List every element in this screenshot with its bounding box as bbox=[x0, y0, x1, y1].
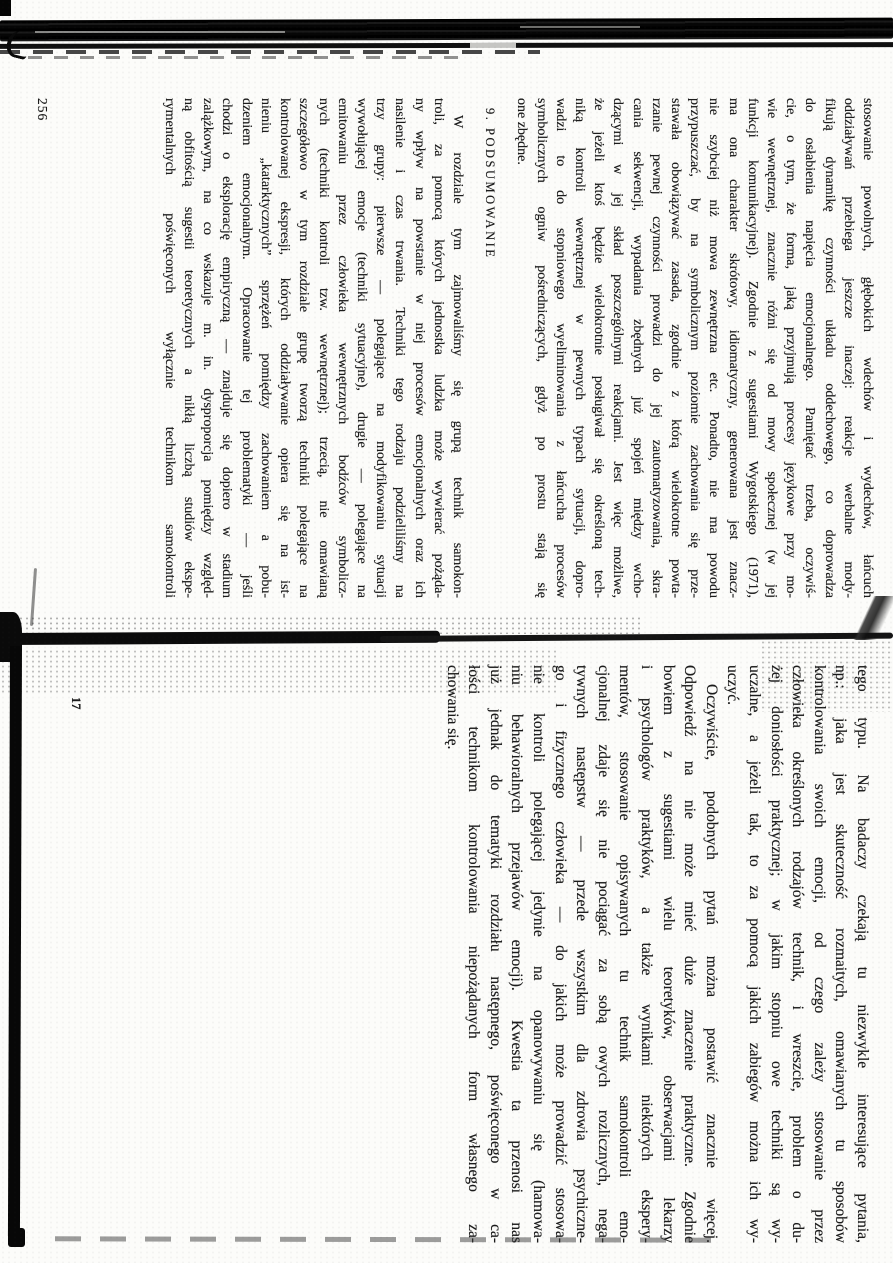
text-line: troli, za pomocą których jednostka ludzk… bbox=[429, 98, 448, 598]
text-line: nieniu „katarktycznych” sprzężeń pomiędz… bbox=[256, 98, 275, 598]
text-line: chowania się. bbox=[441, 665, 463, 1243]
text-line: dzeniem emocjonalnym. Opracowanie tej pr… bbox=[237, 98, 256, 598]
text-line: zalążkowym, na co wskazuje m. in. dyspro… bbox=[198, 98, 217, 598]
page-number: 256 bbox=[34, 98, 50, 121]
text-line: żej doniosłości praktycznej; w jakim sto… bbox=[765, 665, 787, 1243]
text-line: nych (techniki kontroli tzw. wewnętrznej… bbox=[313, 98, 332, 598]
text-line: wadzi to do stopniowego wyeliminowania z… bbox=[551, 98, 570, 598]
text-line: mentów, stosowanie opisywanych tu techni… bbox=[614, 665, 636, 1243]
book-scan: stosowanie powolnych, głębokich wdechów … bbox=[0, 0, 893, 1263]
text-line: W rozdziale tym zajmowaliśmy się grupą t… bbox=[448, 98, 467, 598]
text-line: nie szybciej niż mowa zewnętrzna etc. Po… bbox=[704, 98, 723, 598]
text-line: emitowaniu przez człowieka wewnętrznych … bbox=[333, 98, 352, 598]
text-line: funkcji komunikacyjnej). Zgodnie z suges… bbox=[743, 98, 762, 598]
text-line: wywołującej emocje (techniki sytuacyjne)… bbox=[352, 98, 371, 598]
text-line: niu behawioralnych przejawów emocji). Kw… bbox=[506, 665, 528, 1243]
text-line: trzy grupy: pierwsze — polegające na mod… bbox=[371, 98, 390, 598]
text-line: nie kontroli polegającej jedynie na opan… bbox=[528, 665, 550, 1243]
text-line: przypuszczać, by na symbolicznym poziomi… bbox=[685, 98, 704, 598]
text-line: tego typu. Na badaczy czekają tu niezwyk… bbox=[851, 665, 873, 1243]
text-line: człowieka określonych rodzajów technik, … bbox=[787, 665, 809, 1243]
page-right-text-column: tego typu. Na badaczy czekają tu niezwyk… bbox=[441, 665, 873, 1243]
signature-mark: 17 bbox=[68, 697, 83, 710]
text-line: uczyć. bbox=[722, 665, 744, 1243]
text-line: cie, o tym, że forma, jaką przyjmują pro… bbox=[781, 98, 800, 598]
text-line: ny wpływ na powstanie w niej procesów em… bbox=[409, 98, 428, 598]
text-line: niką kontroli wewnętrznej w pewnych typa… bbox=[570, 98, 589, 598]
text-line: i psychologów praktyków, a także wynikam… bbox=[635, 665, 657, 1243]
text-line: cjonalnej zdaje się nie pociągać za sobą… bbox=[592, 665, 614, 1243]
text-line: tywnych następstw — przede wszystkim dla… bbox=[571, 665, 593, 1243]
text-line: np.: jaka jest skuteczność rozmaitych, o… bbox=[830, 665, 852, 1243]
text-line: dzącymi w jej skład poszczególnymi reakc… bbox=[608, 98, 627, 598]
text-line: szczegółowo w tym rozdziale grupę tworzą… bbox=[294, 98, 313, 598]
page-left: stosowanie powolnych, głębokich wdechów … bbox=[0, 0, 893, 640]
text-line: Oczywiście, podobnych pytań można postaw… bbox=[700, 665, 722, 1243]
page-left-text-column: stosowanie powolnych, głębokich wdechów … bbox=[160, 98, 877, 598]
text-line: łości technikom kontrolowania niepożądan… bbox=[463, 665, 485, 1243]
text-line: że jeżeli ktoś będzie wielokrotnie posłu… bbox=[589, 98, 608, 598]
text-line: wie wewnętrznej, znacznie różni się od m… bbox=[762, 98, 781, 598]
text-line: uczalne, a jeżeli tak, to za pomocą jaki… bbox=[743, 665, 765, 1243]
text-line: stosowanie powolnych, głębokich wdechów … bbox=[858, 98, 877, 598]
page-right: tego typu. Na badaczy czekają tu niezwyk… bbox=[0, 640, 893, 1263]
text-line: fikują dynamikę czynności układu oddecho… bbox=[819, 98, 838, 598]
text-line: już jednak do tematyki rozdziału następn… bbox=[484, 665, 506, 1243]
text-line: one zbędne. bbox=[512, 98, 531, 598]
paragraph: Oczywiście, podobnych pytań można postaw… bbox=[441, 665, 722, 1243]
paragraph: W rozdziale tym zajmowaliśmy się grupą t… bbox=[160, 98, 467, 598]
text-line: ną obfitością sugestii teoretycznych a n… bbox=[179, 98, 198, 598]
section-heading: 9. PODSUMOWANIE bbox=[480, 98, 499, 598]
text-line: symbolicznych ogniw pośredniczących, gdy… bbox=[531, 98, 550, 598]
paragraph: stosowanie powolnych, głębokich wdechów … bbox=[512, 98, 877, 598]
text-line: rymentalnych poświęconych wyłącznie tech… bbox=[160, 98, 179, 598]
text-line: nasilenie i czas trwania. Techniki tego … bbox=[390, 98, 409, 598]
text-line: rzanie pewnej czynności prowadzi do jej … bbox=[647, 98, 666, 598]
text-line: cania sekwencji, wypadania zbędnych już … bbox=[627, 98, 646, 598]
text-line: kontrolowania swoich emocji, od czego za… bbox=[808, 665, 830, 1243]
text-line: oddziaływań przebiega jeszcze inaczej: r… bbox=[839, 98, 858, 598]
book-spread: stosowanie powolnych, głębokich wdechów … bbox=[0, 0, 893, 1263]
text-line: kontrolowanej ekspresji, których oddział… bbox=[275, 98, 294, 598]
text-line: ma ona charakter skrótowy, idiomatyczny,… bbox=[723, 98, 742, 598]
text-line: go i fizycznego człowieka — do jakich mo… bbox=[549, 665, 571, 1243]
text-line: bowiem z sugestiami wielu teoretyków, ob… bbox=[657, 665, 679, 1243]
text-line: chodzi o eksplorację empiryczną — znajdu… bbox=[217, 98, 236, 598]
paragraph: tego typu. Na badaczy czekają tu niezwyk… bbox=[722, 665, 873, 1243]
text-line: stawała obowiązywać zasada, zgodnie z kt… bbox=[666, 98, 685, 598]
text-line: do osłabienia napięcia emocjonalnego. Pa… bbox=[800, 98, 819, 598]
text-line: Odpowiedź na nie może mieć duże znaczeni… bbox=[679, 665, 701, 1243]
